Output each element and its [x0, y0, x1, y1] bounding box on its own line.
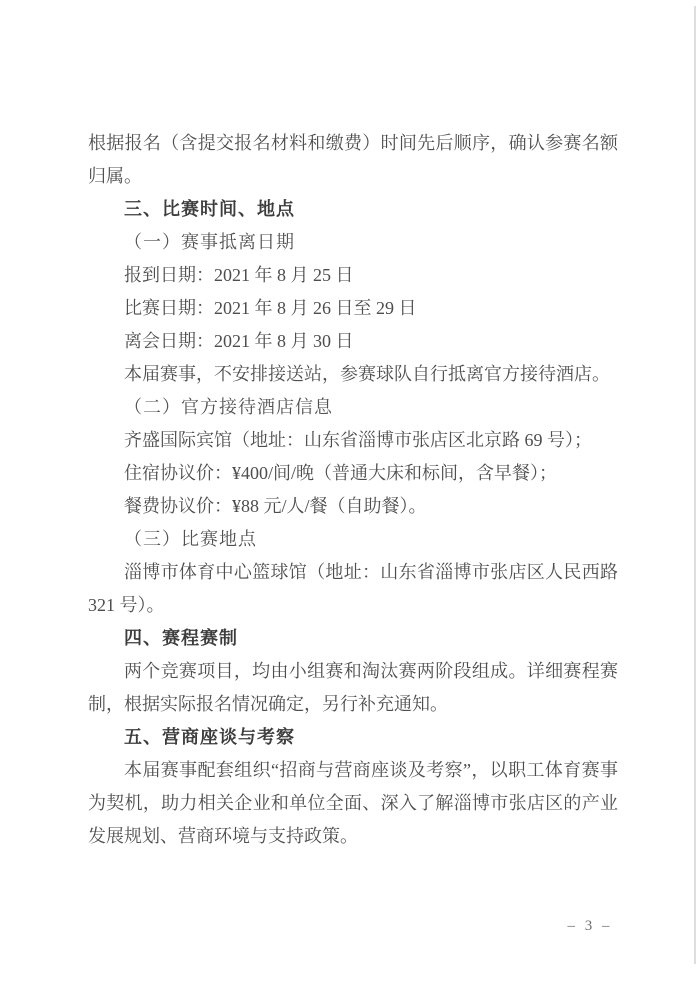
- paragraph: 淄博市体育中心篮球馆（地址：山东省淄博市张店区人民西路 321 号）。: [88, 556, 618, 622]
- paragraph: 根据报名（含提交报名材料和缴费）时间先后顺序，确认参赛名额归属。: [88, 127, 618, 193]
- section-heading: 三、比赛时间、地点: [88, 193, 618, 226]
- paragraph: 比赛日期：2021 年 8 月 26 日至 29 日: [88, 292, 618, 325]
- paragraph: 本届赛事，不安排接送站，参赛球队自行抵离官方接待酒店。: [88, 358, 618, 391]
- scan-edge-line: [694, 6, 696, 964]
- section-heading: 四、赛程赛制: [88, 622, 618, 655]
- document-body: 根据报名（含提交报名材料和缴费）时间先后顺序，确认参赛名额归属。三、比赛时间、地…: [88, 127, 618, 853]
- paragraph: 餐费协议价：¥88 元/人/餐（自助餐）。: [88, 490, 618, 523]
- paragraph: 本届赛事配套组织“招商与营商座谈及考察”，以职工体育赛事为契机，助力相关企业和单…: [88, 754, 618, 853]
- paragraph: 住宿协议价：¥400/间/晚（普通大床和标间，含早餐）；: [88, 457, 618, 490]
- subsection-heading: （三）比赛地点: [88, 523, 618, 556]
- paragraph: 齐盛国际宾馆（地址：山东省淄博市张店区北京路 69 号）；: [88, 424, 618, 457]
- section-heading: 五、营商座谈与考察: [88, 721, 618, 754]
- paragraph: 离会日期：2021 年 8 月 30 日: [88, 325, 618, 358]
- subsection-heading: （一）赛事抵离日期: [88, 226, 618, 259]
- paragraph: 报到日期：2021 年 8 月 25 日: [88, 259, 618, 292]
- page-number: – 3 –: [560, 918, 620, 935]
- paragraph: 两个竞赛项目，均由小组赛和淘汰赛两阶段组成。详细赛程赛制，根据实际报名情况确定，…: [88, 655, 618, 721]
- subsection-heading: （二）官方接待酒店信息: [88, 391, 618, 424]
- scanned-document-page: 根据报名（含提交报名材料和缴费）时间先后顺序，确认参赛名额归属。三、比赛时间、地…: [0, 0, 700, 989]
